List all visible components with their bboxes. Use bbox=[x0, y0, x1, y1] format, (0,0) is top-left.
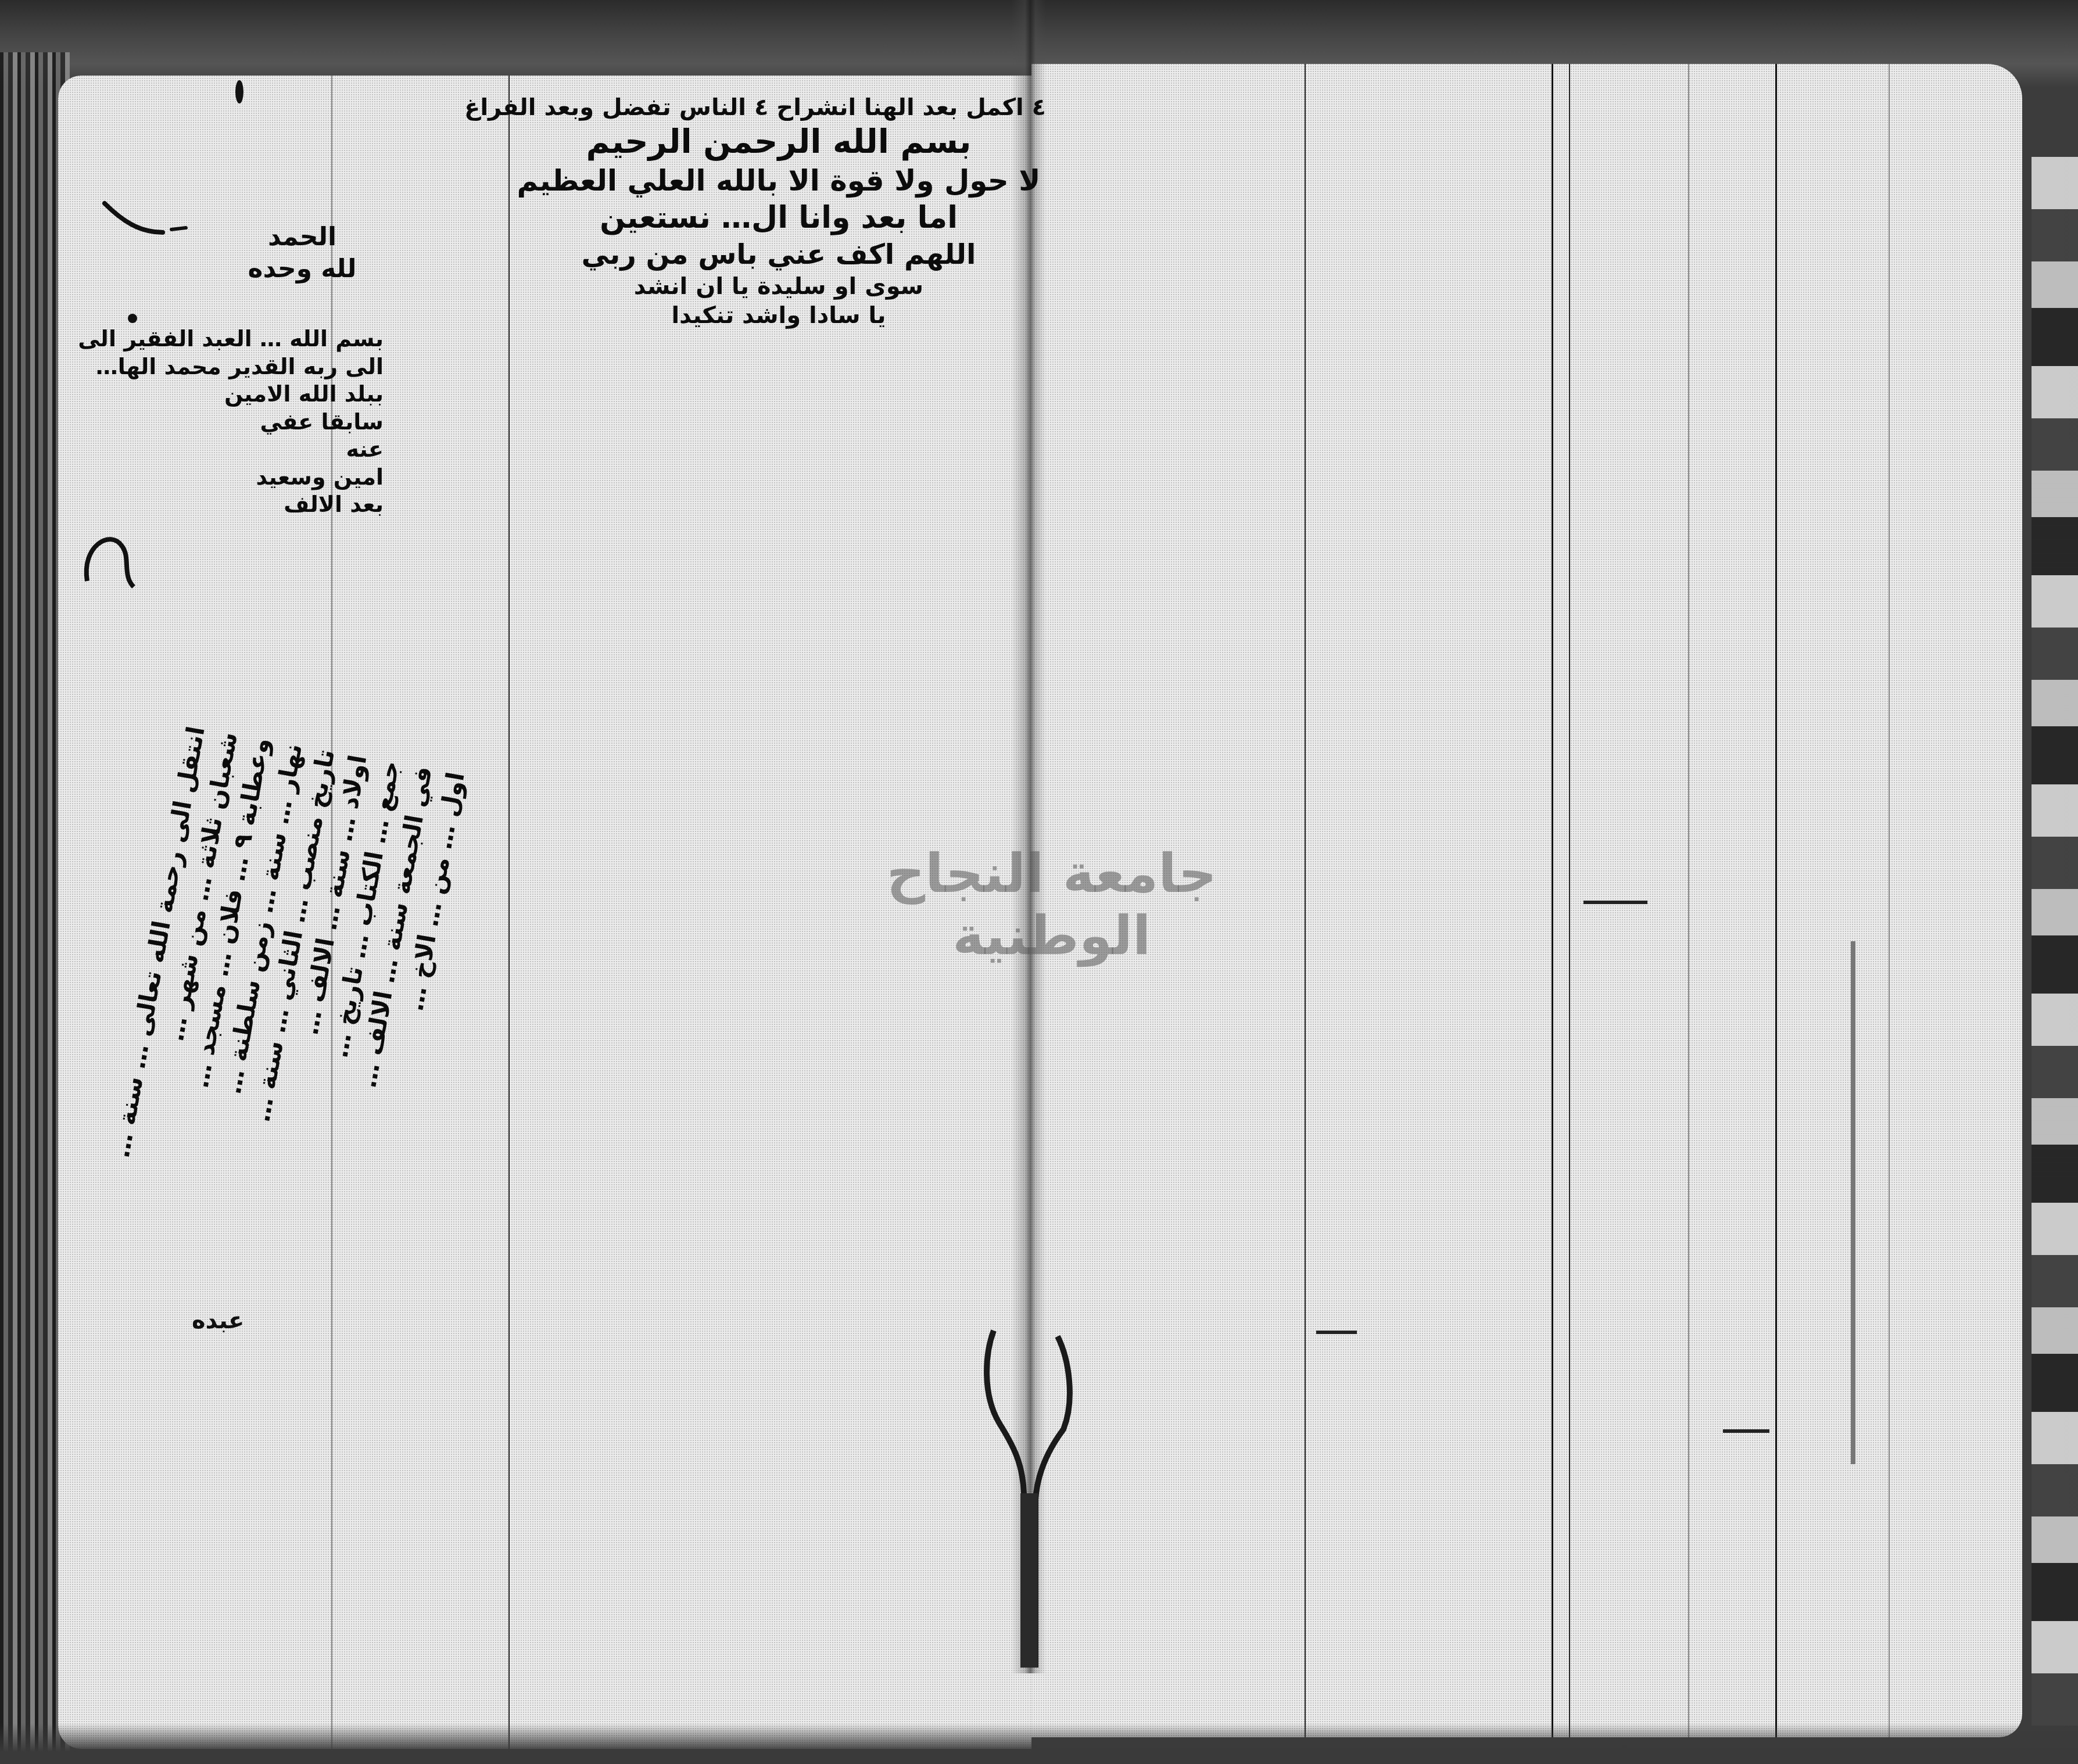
ruled-line bbox=[1889, 64, 1890, 1737]
handwritten-line: الى ربه القدير محمد الها… bbox=[174, 353, 384, 381]
watermark: جامعة النجاح الوطنية bbox=[860, 842, 1244, 967]
handwritten-line: لله وحده bbox=[221, 253, 384, 285]
ruled-line bbox=[1305, 64, 1306, 1737]
handwritten-line: بسم الله الرحمن الرحيم bbox=[511, 122, 1046, 163]
ruled-line bbox=[1775, 64, 1777, 1737]
handwritten-line: اللهم اكف عني باس من ربي bbox=[511, 237, 1046, 272]
ruled-line bbox=[508, 76, 510, 1749]
ruled-line bbox=[1569, 64, 1570, 1737]
ink-dot bbox=[128, 314, 137, 323]
handwritten-line: ٤ اكمل بعد الهنا انشراح ٤ الناس تفضل وبع… bbox=[511, 93, 1046, 122]
handwritten-line: بسم الله … العبد الفقير الى bbox=[174, 325, 384, 353]
handwritten-line: بعد الالف bbox=[174, 491, 384, 519]
ink-dash bbox=[1583, 901, 1647, 904]
handwritten-line: يا سادا واشد تنكيدا bbox=[511, 301, 1046, 330]
heading-invocation-block: ٤ اكمل بعد الهنا انشراح ٤ الناس تفضل وبع… bbox=[511, 93, 1046, 330]
left-marginal-note: بسم الله … العبد الفقير الى الى ربه القد… bbox=[174, 325, 384, 519]
manuscript-spread: ٤ اكمل بعد الهنا انشراح ٤ الناس تفضل وبع… bbox=[0, 0, 2078, 1764]
ruled-line bbox=[1552, 64, 1553, 1737]
ink-hook-mark bbox=[76, 523, 145, 593]
ink-dash bbox=[1316, 1331, 1357, 1334]
left-top-note: الحمد لله وحده bbox=[221, 221, 384, 285]
handwritten-line: الحمد bbox=[221, 221, 384, 253]
handwritten-line: ببلد الله الامين bbox=[174, 381, 384, 408]
handwritten-line: لا حول ولا قوة الا بالله العلي العظيم bbox=[511, 163, 1046, 199]
ink-blot bbox=[235, 80, 243, 103]
ink-dash bbox=[1851, 941, 1855, 1464]
ruled-line bbox=[1688, 64, 1689, 1737]
ink-stroke-mark bbox=[99, 198, 192, 244]
ink-dash bbox=[1723, 1429, 1769, 1433]
handwritten-line: اما بعد وانا ال… نستعين bbox=[511, 199, 1046, 237]
handwritten-line: عنه bbox=[174, 436, 384, 464]
signature: عبده bbox=[192, 1307, 244, 1334]
handwritten-line: سوى او سليدة يا ان انشد bbox=[511, 272, 1046, 301]
page-stack-edge bbox=[2032, 157, 2078, 1726]
handwritten-line: سابقا عفي bbox=[174, 408, 384, 436]
handwritten-line: امين وسعيد bbox=[174, 464, 384, 492]
gutter-water-stain bbox=[982, 1307, 1075, 1668]
bottom-shadow bbox=[0, 1723, 2078, 1764]
